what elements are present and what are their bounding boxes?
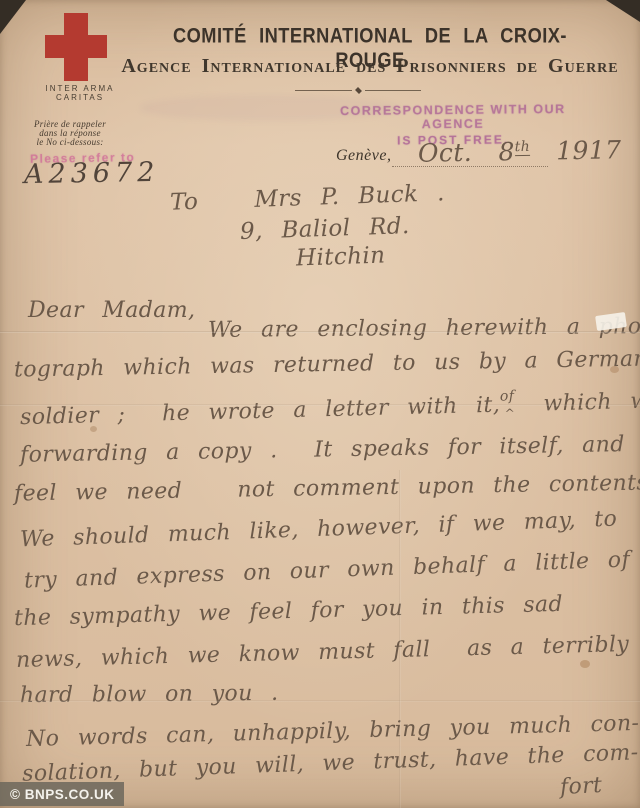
bnps-watermark: © BNPS.CO.UK xyxy=(0,782,124,806)
body-line: We should much like, however, if we may,… xyxy=(20,507,618,553)
address-line-2: 9, Baliol Rd. xyxy=(240,213,410,245)
body-line-segment: which we are xyxy=(525,387,640,417)
body-line: hard blow on you . xyxy=(20,681,279,708)
date-day: Oct. 8 xyxy=(418,137,515,168)
date-ordinal: th xyxy=(515,139,531,156)
body-line-segment: soldier ; he wrote a letter with it, xyxy=(20,393,501,431)
letterhead-subtitle: Agence Internationale des Prisonniers de… xyxy=(110,55,630,78)
reference-note-line3: le No ci-dessous: xyxy=(22,138,118,147)
body-line: forwarding a copy . It speaks for itself… xyxy=(20,431,640,467)
paper-stain xyxy=(610,366,619,373)
date-year: 1917 xyxy=(556,135,622,165)
insertion-caret: ^ xyxy=(505,406,516,420)
body-line: soldier ; he wrote a letter with it,of^ … xyxy=(20,387,640,430)
reference-note: Prière de rappeler dans la réponse le No… xyxy=(22,120,118,147)
address-line-1: To Mrs P. Buck . xyxy=(170,180,446,216)
paper-crease xyxy=(399,470,401,808)
paper-crease xyxy=(0,404,640,406)
inserted-word: of xyxy=(500,388,515,404)
body-line: news, which we know must fall as a terri… xyxy=(16,632,630,673)
photo-corner-shadow xyxy=(0,0,26,34)
body-line: We are enclosing herewith a pho- xyxy=(208,314,640,343)
body-line: feel we need not comment upon the conten… xyxy=(14,470,640,506)
handwritten-date: Oct. 8th1917 xyxy=(418,135,622,168)
ink-bleed-smudge xyxy=(140,95,400,121)
body-line: fort xyxy=(559,773,603,800)
body-line: the sympathy we feel for you in this sad xyxy=(14,592,564,631)
paper-stain xyxy=(90,426,97,432)
red-cross-icon xyxy=(45,13,107,81)
paper-crease xyxy=(0,700,640,702)
salutation: Dear Madam, xyxy=(28,298,195,323)
paper-crease xyxy=(0,331,640,333)
address-line-3: Hitchin xyxy=(296,242,386,271)
ornamental-divider xyxy=(295,86,421,94)
body-line: tograph which was returned to us by a Ge… xyxy=(14,346,640,382)
place-label: Genève, xyxy=(336,147,391,165)
letter-document: INTER ARMA CARITAS COMITÉ INTERNATIONAL … xyxy=(0,0,640,808)
red-cross-horizontal-bar xyxy=(45,35,107,58)
photo-corner-shadow xyxy=(606,0,640,22)
motto-text: INTER ARMA CARITAS xyxy=(22,84,138,102)
reference-number: A23672 xyxy=(24,157,160,190)
divider-rule xyxy=(365,90,422,91)
body-line: try and express on our own behalf a litt… xyxy=(24,547,631,593)
divider-diamond-icon xyxy=(355,87,362,94)
divider-rule xyxy=(295,90,352,91)
paper-stain xyxy=(580,660,590,668)
